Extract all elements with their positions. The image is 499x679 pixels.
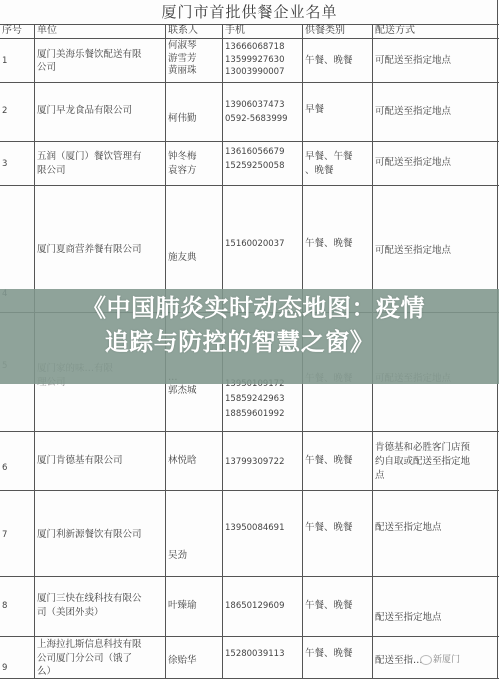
company-name: 厦门利新源餐饮有限公司: [35, 529, 165, 542]
delivery-method: 可配送至指定地点: [373, 157, 497, 170]
delivery-method: 配送至指定地点: [373, 612, 497, 625]
grid-line: [0, 490, 499, 491]
contact-names: 吴劲: [166, 550, 222, 563]
phone-numbers: 13950084691: [223, 522, 302, 535]
meal-type: 午餐、晚餐: [303, 455, 372, 468]
company-name: 厦门早龙食品有限公司: [35, 105, 165, 118]
column-header-meal-type: 供餐类别: [303, 25, 372, 38]
row-number: 3: [0, 158, 7, 171]
column-header-phone: 手机: [223, 25, 302, 38]
grid-line: [0, 38, 499, 39]
grid-line: [0, 82, 499, 83]
phone-numbers: 15160020037: [223, 238, 302, 251]
contact-names: 柯伟勤: [166, 113, 222, 126]
company-name: 厦门肯德基有限公司: [35, 455, 165, 468]
watermark-text: 新厦门: [433, 655, 460, 665]
column-header-contact: 联系人: [166, 25, 222, 38]
row-number: 2: [0, 105, 7, 118]
meal-type: 早餐、午餐 、晚餐: [303, 150, 372, 178]
watermark: 新厦门: [420, 652, 460, 665]
company-name: 厦门美海乐餐饮配送有限 公司: [35, 49, 165, 74]
column-header-company: 单位: [35, 25, 165, 38]
row-number: 7: [0, 529, 7, 542]
grid-line: [0, 185, 499, 186]
grid-line: [0, 141, 499, 142]
headline-line-1: 《中国肺炎实时动态地图：疫情: [0, 291, 499, 325]
meal-type: 午餐、晚餐: [303, 238, 372, 251]
phone-numbers: 15280039113: [223, 648, 302, 661]
row-number: 9: [0, 662, 7, 675]
contact-names: 叶臻瑜: [166, 600, 222, 613]
column-header-delivery: 配送方式: [373, 25, 497, 38]
row-number: 1: [0, 55, 7, 68]
meal-type: 午餐、晚餐: [303, 600, 372, 613]
delivery-method: 肯德基和必胜客门店预 约自取或配送至指定地 点: [373, 441, 497, 483]
wechat-logo-icon: [420, 655, 432, 665]
grid-line: [0, 431, 499, 432]
grid-line: [0, 636, 499, 637]
company-name: 五润（厦门）餐饮管理有 限公司: [35, 150, 165, 178]
grid-line: [0, 576, 499, 577]
delivery-method: 可配送至指定地点: [373, 245, 497, 258]
company-name: 厦门夏商营养餐有限公司: [35, 244, 165, 257]
company-name: 上海拉扎斯信息科技有限 公司厦门分公司（饿了 么）: [35, 638, 165, 679]
phone-numbers: 13799309722: [223, 456, 302, 469]
delivery-method: 可配送至指定地点: [373, 55, 497, 68]
phone-numbers: 13906037473 0592-5683999: [223, 98, 302, 126]
row-number: 8: [0, 600, 7, 613]
meal-type: 早餐: [303, 104, 372, 117]
delivery-method: 可配送至指定地点: [373, 106, 497, 119]
column-header-no: 序号: [0, 25, 34, 38]
contact-names: 施友典: [166, 252, 222, 265]
contact-names: 徐贻华: [166, 655, 222, 668]
meal-type: 午餐、晚餐: [303, 648, 372, 661]
headline-text: 《中国肺炎实时动态地图：疫情 追踪与防控的智慧之窗》: [0, 291, 499, 359]
headline-line-2: 追踪与防控的智慧之窗》: [0, 325, 499, 359]
meal-type: 午餐、晚餐: [303, 55, 372, 68]
contact-names: 何淑琴 游雪芳 黄丽珠: [166, 40, 222, 78]
phone-numbers: 13616056679 15259250058: [223, 145, 302, 173]
contact-names: 钟冬梅 袁容方: [166, 150, 222, 178]
phone-numbers: 13666068718 13599927630 13003990007: [223, 41, 302, 79]
contact-names: 林悦晗: [166, 455, 222, 468]
company-name: 厦门三快在线科技有限公 司（美团外卖）: [35, 592, 165, 620]
document-title: 厦门市首批供餐企业名单: [0, 0, 499, 24]
phone-numbers: 18650129609: [223, 600, 302, 613]
delivery-method: 配送至指定地点: [373, 522, 497, 535]
meal-type: 午餐、晚餐: [303, 522, 372, 535]
row-number: 6: [0, 462, 7, 475]
